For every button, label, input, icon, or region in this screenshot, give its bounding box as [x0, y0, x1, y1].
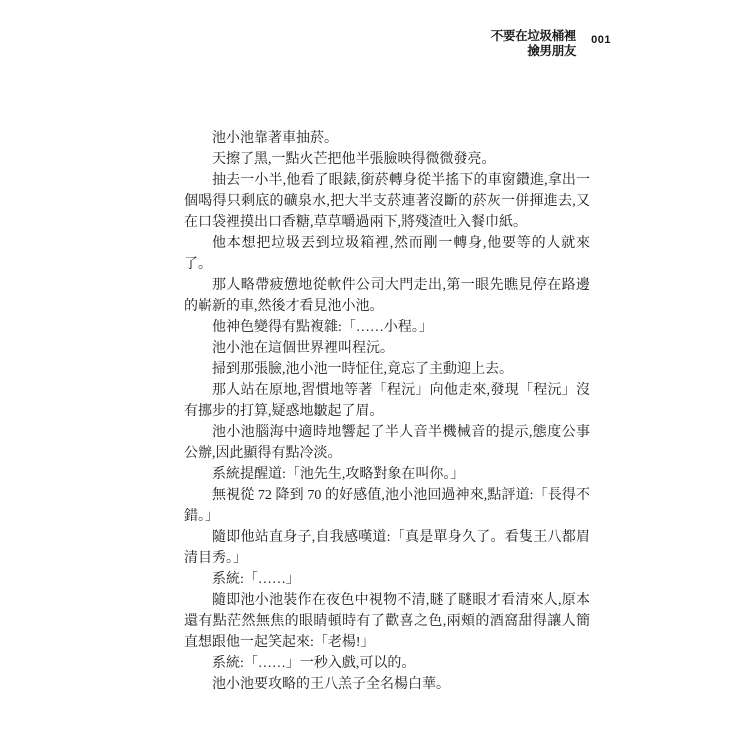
paragraph: 系統提醒道:「池先生,攻略對象在叫你。」 — [184, 464, 590, 485]
paragraph: 那人略帶疲憊地從軟件公司大門走出,第一眼先瞧見停在路邊的嶄新的車,然後才看見池小… — [184, 275, 590, 317]
paragraph: 池小池在這個世界裡叫程沅。 — [184, 338, 590, 359]
page-number: 001 — [591, 34, 611, 46]
paragraph: 那人站在原地,習慣地等著「程沅」向他走來,發現「程沅」沒有挪步的打算,疑惑地皺起… — [184, 380, 590, 422]
running-header: 不要在垃圾桶裡 撿男朋友 001 — [491, 29, 611, 58]
paragraph: 抽去一小半,他看了眼錶,銜菸轉身從半搖下的車窗鑽進,拿出一個喝得只剩底的礦泉水,… — [184, 170, 590, 233]
paragraph: 系統:「……」 — [184, 569, 590, 590]
paragraph: 他神色變得有點複雜:「……小程。」 — [184, 317, 590, 338]
book-title-line1: 不要在垃圾桶裡 — [491, 29, 576, 44]
paragraph: 掃到那張臉,池小池一時怔住,竟忘了主動迎上去。 — [184, 359, 590, 380]
book-page: 不要在垃圾桶裡 撿男朋友 001 池小池靠著車抽菸。天擦了黑,一點火芒把他半張臉… — [0, 0, 750, 750]
book-title: 不要在垃圾桶裡 撿男朋友 — [491, 29, 576, 58]
body-text: 池小池靠著車抽菸。天擦了黑,一點火芒把他半張臉映得微微發亮。抽去一小半,他看了眼… — [184, 128, 590, 695]
paragraph: 池小池靠著車抽菸。 — [184, 128, 590, 149]
paragraph: 天擦了黑,一點火芒把他半張臉映得微微發亮。 — [184, 149, 590, 170]
paragraph: 無視從 72 降到 70 的好感值,池小池回過神來,點評道:「長得不錯。」 — [184, 485, 590, 527]
paragraph: 池小池腦海中適時地響起了半人音半機械音的提示,態度公事公辦,因此顯得有點冷淡。 — [184, 422, 590, 464]
book-title-line2: 撿男朋友 — [491, 44, 576, 59]
paragraph: 隨即池小池裝作在夜色中視物不清,瞇了瞇眼才看清來人,原本還有點茫然無焦的眼睛頓時… — [184, 590, 590, 653]
paragraph: 隨即他站直身子,自我感嘆道:「真是單身久了。看隻王八都眉清目秀。」 — [184, 527, 590, 569]
paragraph: 他本想把垃圾丟到垃圾箱裡,然而剛一轉身,他要等的人就來了。 — [184, 233, 590, 275]
paragraph: 系統:「……」一秒入戲,可以的。 — [184, 653, 590, 674]
paragraph: 池小池要攻略的王八羔子全名楊白華。 — [184, 674, 590, 695]
